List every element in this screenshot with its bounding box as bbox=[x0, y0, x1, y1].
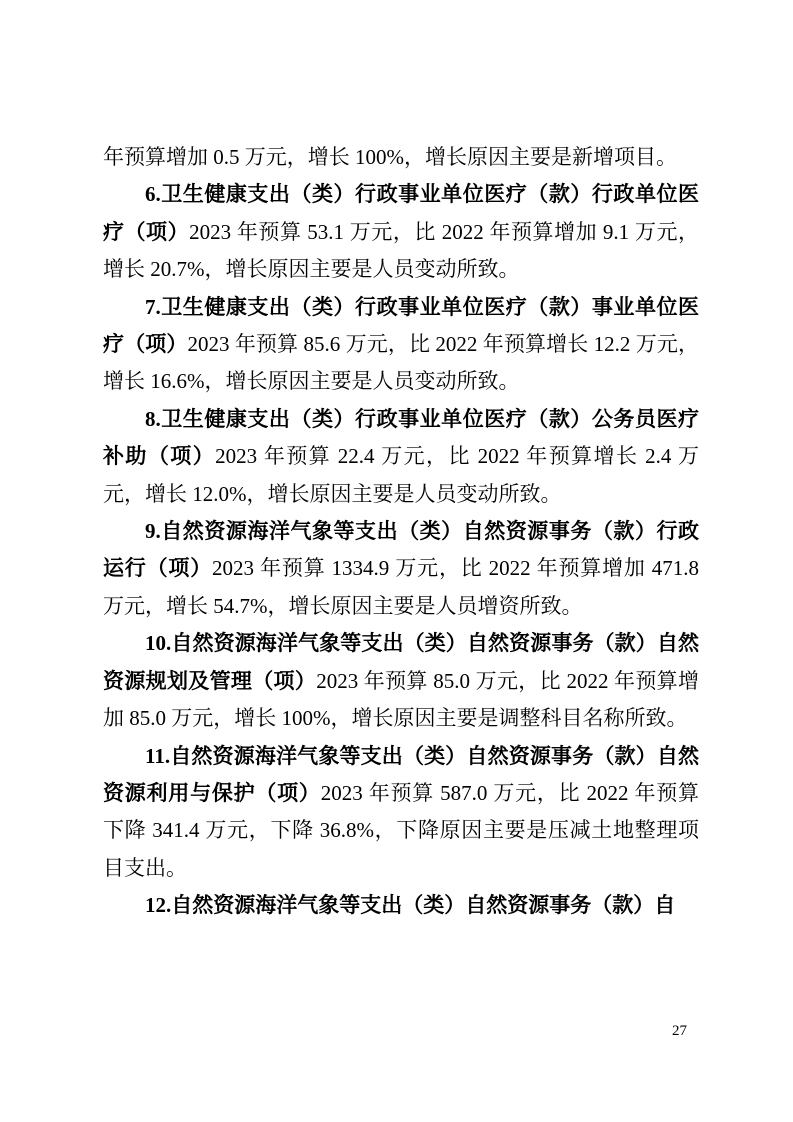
budget-item-heading: 12.自然资源海洋气象等支出（类）自然资源事务（款）自 bbox=[145, 893, 675, 917]
paragraph-text: 年预算增加 0.5 万元，增长 100%，增长原因主要是新增项目。 bbox=[103, 145, 677, 169]
paragraph-continuation: 年预算增加 0.5 万元，增长 100%，增长原因主要是新增项目。 bbox=[103, 139, 699, 176]
paragraph-item-9: 9.自然资源海洋气象等支出（类）自然资源事务（款）行政运行（项）2023 年预算… bbox=[103, 513, 699, 625]
paragraph-item-6: 6.卫生健康支出（类）行政事业单位医疗（款）行政单位医疗（项）2023 年预算 … bbox=[103, 176, 699, 288]
paragraph-item-8: 8.卫生健康支出（类）行政事业单位医疗（款）公务员医疗补助（项）2023 年预算… bbox=[103, 401, 699, 513]
paragraph-item-12: 12.自然资源海洋气象等支出（类）自然资源事务（款）自 bbox=[103, 887, 699, 924]
budget-item-detail: 2023 年预算 53.1 万元，比 2022 年预算增加 9.1 万元，增长 … bbox=[103, 220, 699, 281]
document-page: 年预算增加 0.5 万元，增长 100%，增长原因主要是新增项目。 6.卫生健康… bbox=[0, 0, 793, 1122]
paragraph-item-10: 10.自然资源海洋气象等支出（类）自然资源事务（款）自然资源规划及管理（项）20… bbox=[103, 625, 699, 737]
paragraph-item-7: 7.卫生健康支出（类）行政事业单位医疗（款）事业单位医疗（项）2023 年预算 … bbox=[103, 289, 699, 401]
budget-item-detail: 2023 年预算 85.6 万元，比 2022 年预算增长 12.2 万元，增长… bbox=[103, 332, 699, 393]
page-number: 27 bbox=[672, 1022, 687, 1040]
page-content: 年预算增加 0.5 万元，增长 100%，增长原因主要是新增项目。 6.卫生健康… bbox=[103, 139, 699, 925]
paragraph-item-11: 11.自然资源海洋气象等支出（类）自然资源事务（款）自然资源利用与保护（项）20… bbox=[103, 738, 699, 888]
